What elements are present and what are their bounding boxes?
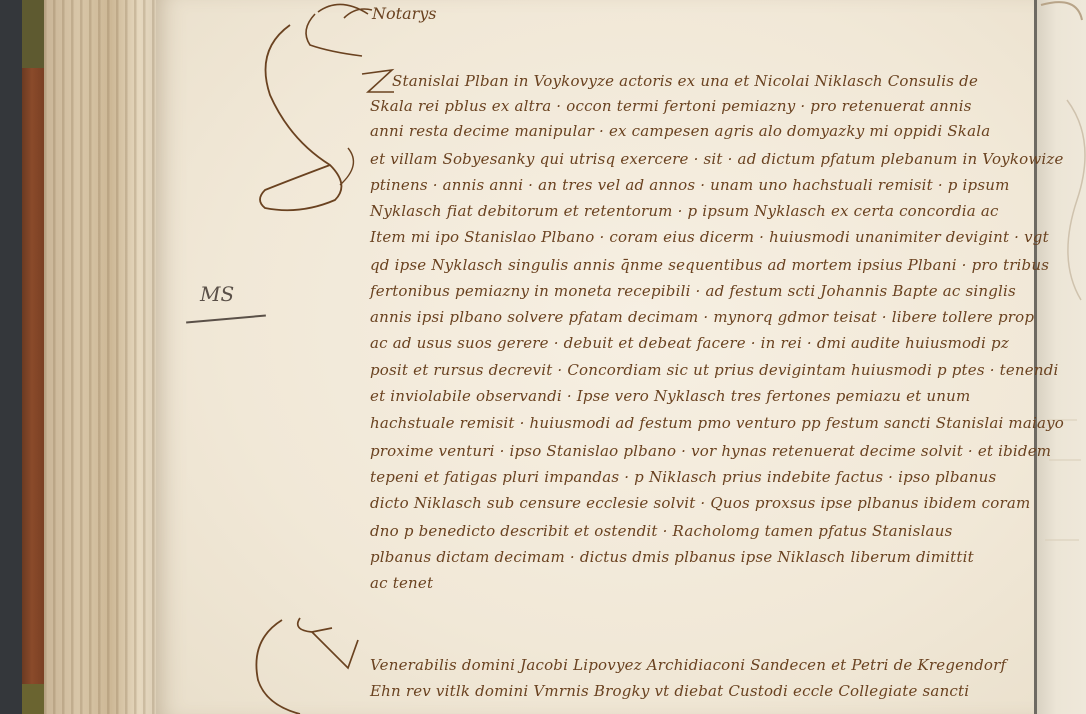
text-line: fertonibus pemiazny in moneta recepibili… [370,282,1016,300]
text-line: et villam Sobyesanky qui utrisq exercere… [370,150,1064,168]
text-line: ac tenet [370,574,433,592]
margin-note: MS [200,282,234,306]
cover-bottom-band [22,684,44,714]
dark-background [0,0,22,714]
book-cover-edge [22,0,44,714]
text-line: qd ipse Nyklasch singulis annis q̄nme se… [370,256,1049,274]
text-line: proxime venturi · ipso Stanislao plbano … [370,442,1051,460]
text-line: dno p benedicto describit et ostendit · … [370,522,952,540]
facing-page-edge [1037,0,1086,714]
text-line: Item mi ipo Stanislao Plbano · coram eiu… [370,228,1049,246]
text-line: tepeni et fatigas pluri impandas · p Nik… [370,468,996,486]
heading-fragment: Notarys [372,4,437,23]
text-line: Ehn rev vitlk domini Vmrnis Brogky vt di… [370,682,969,700]
text-line: hachstuale remisit · huiusmodi ad festum… [370,414,1064,432]
text-line: annis ipsi plbano solvere pfatam decimam… [370,308,1034,326]
page-edges-stack [44,0,156,714]
text-line: plbanus dictam decimam · dictus dmis plb… [370,548,974,566]
text-line: Nyklasch fiat debitorum et retentorum · … [370,202,999,220]
text-line: Skala rei pblus ex altra · occon termi f… [370,97,972,115]
facing-page-bleedthrough-icon [1037,0,1086,714]
text-line: Stanislai Plban in Voykovyze actoris ex … [392,72,978,90]
text-line: anni resta decime manipular · ex campese… [370,122,990,140]
text-line: posit et rursus decrevit · Concordiam si… [370,361,1059,379]
text-line: Venerabilis domini Jacobi Lipovyez Archi… [370,656,1006,674]
text-line: dicto Niklasch sub censure ecclesie solv… [370,494,1030,512]
cover-top-band [22,0,44,68]
text-line: ptinens · annis anni · an tres vel ad an… [370,176,1010,194]
text-line: ac ad usus suos gerere · debuit et debea… [370,334,1009,352]
text-line: et inviolabile observandi · Ipse vero Ny… [370,387,970,405]
